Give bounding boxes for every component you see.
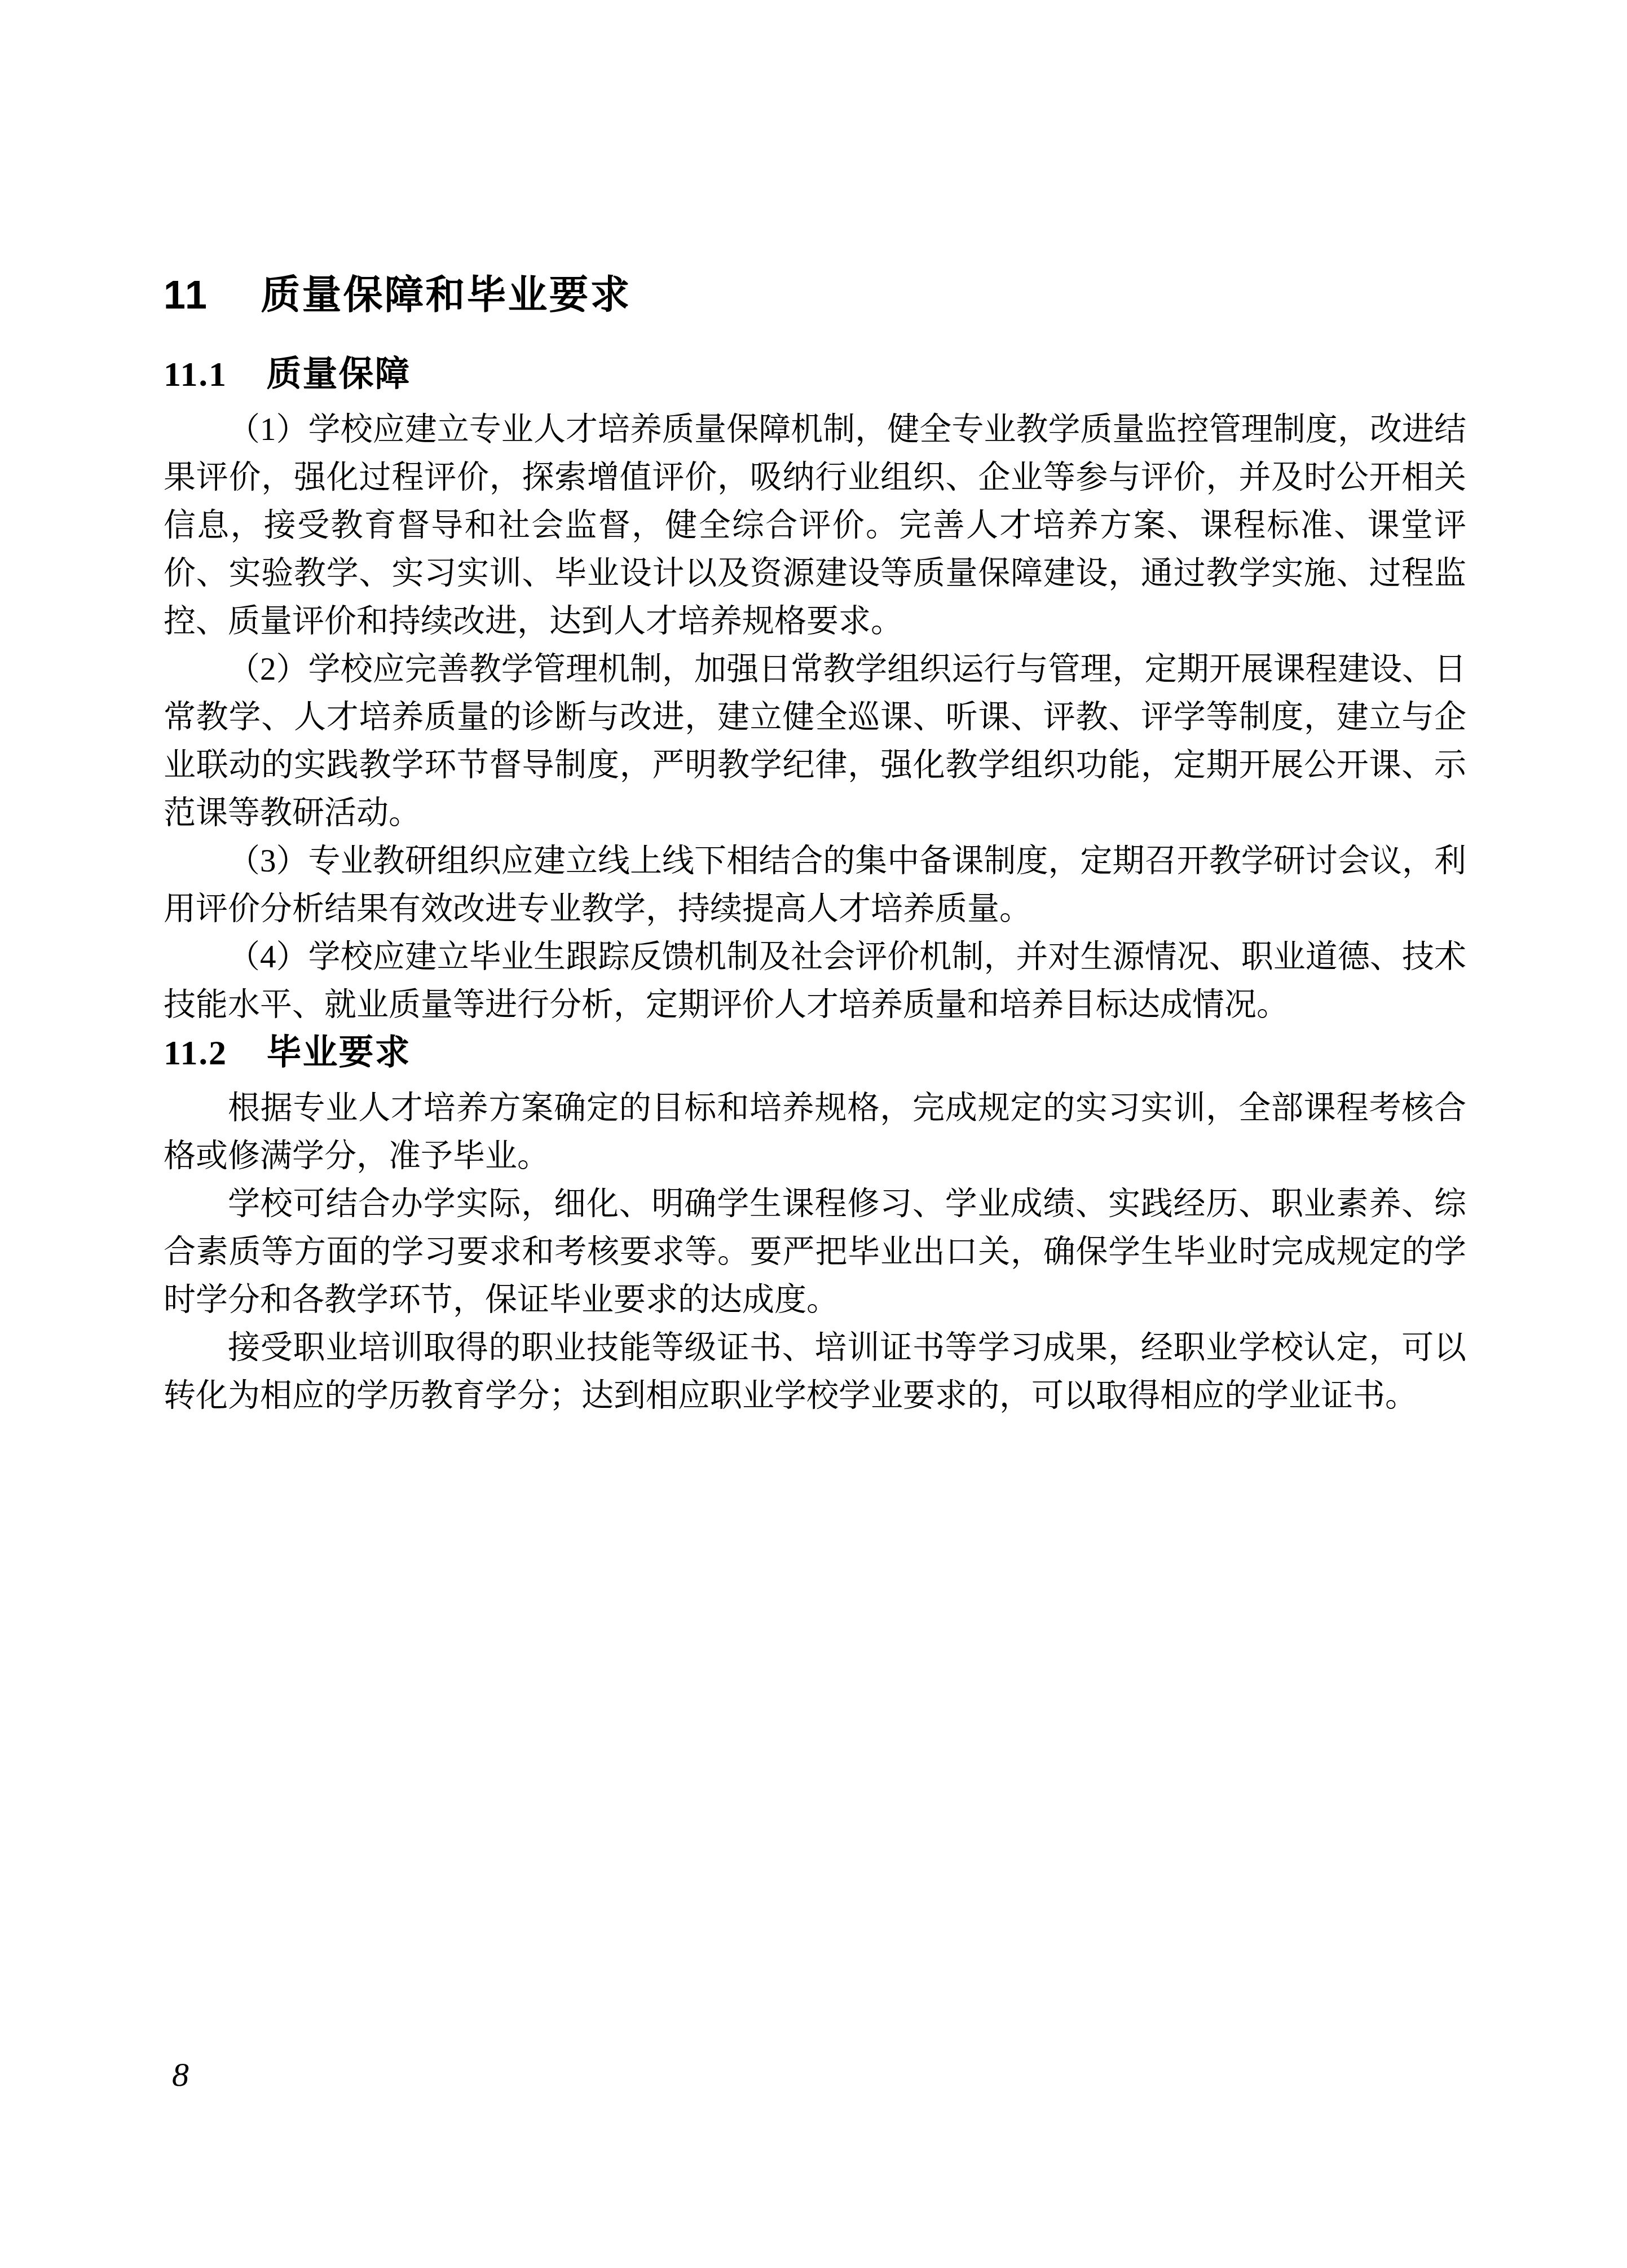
subsection-heading-graduation: 11.2 毕业要求 bbox=[164, 1036, 1466, 1071]
section-graduation-requirements: 11.2 毕业要求 根据专业人才培养方案确定的目标和培养规格，完成规定的实习实训… bbox=[164, 1036, 1466, 1420]
paragraph-graduation-3: 接受职业培训取得的职业技能等级证书、培训证书等学习成果，经职业学校认定，可以转化… bbox=[164, 1324, 1466, 1420]
chapter-heading: 11 质量保障和毕业要求 bbox=[164, 275, 1466, 315]
section-quality-assurance: 11.1 质量保障 （1）学校应建立专业人才培养质量保障机制，健全专业教学质量监… bbox=[164, 357, 1466, 1029]
paragraph-quality-1: （1）学校应建立专业人才培养质量保障机制，健全专业教学质量监控管理制度，改进结果… bbox=[164, 406, 1466, 645]
paragraph-graduation-2: 学校可结合办学实际，细化、明确学生课程修习、学业成绩、实践经历、职业素养、综合素… bbox=[164, 1180, 1466, 1324]
paragraph-quality-3: （3）专业教研组织应建立线上线下相结合的集中备课制度，定期召开教学研讨会议，利用… bbox=[164, 837, 1466, 933]
subsection-title: 质量保障 bbox=[267, 355, 411, 394]
subsection-number: 11.2 bbox=[164, 1036, 227, 1071]
subsection-heading-quality: 11.1 质量保障 bbox=[164, 357, 1466, 392]
document-page: 11 质量保障和毕业要求 11.1 质量保障 （1）学校应建立专业人才培养质量保… bbox=[0, 0, 1627, 2268]
chapter-title: 质量保障和毕业要求 bbox=[261, 273, 631, 317]
page-number: 8 bbox=[172, 2058, 189, 2091]
paragraph-quality-4: （4）学校应建立毕业生跟踪反馈机制及社会评价机制，并对生源情况、职业道德、技术技… bbox=[164, 933, 1466, 1029]
paragraph-graduation-1: 根据专业人才培养方案确定的目标和培养规格，完成规定的实习实训，全部课程考核合格或… bbox=[164, 1084, 1466, 1180]
chapter-number: 11 bbox=[164, 275, 209, 315]
page-content: 11 质量保障和毕业要求 11.1 质量保障 （1）学校应建立专业人才培养质量保… bbox=[0, 0, 1627, 1420]
subsection-title: 毕业要求 bbox=[267, 1034, 411, 1072]
subsection-number: 11.1 bbox=[164, 357, 227, 392]
paragraph-quality-2: （2）学校应完善教学管理机制，加强日常教学组织运行与管理，定期开展课程建设、日常… bbox=[164, 645, 1466, 837]
